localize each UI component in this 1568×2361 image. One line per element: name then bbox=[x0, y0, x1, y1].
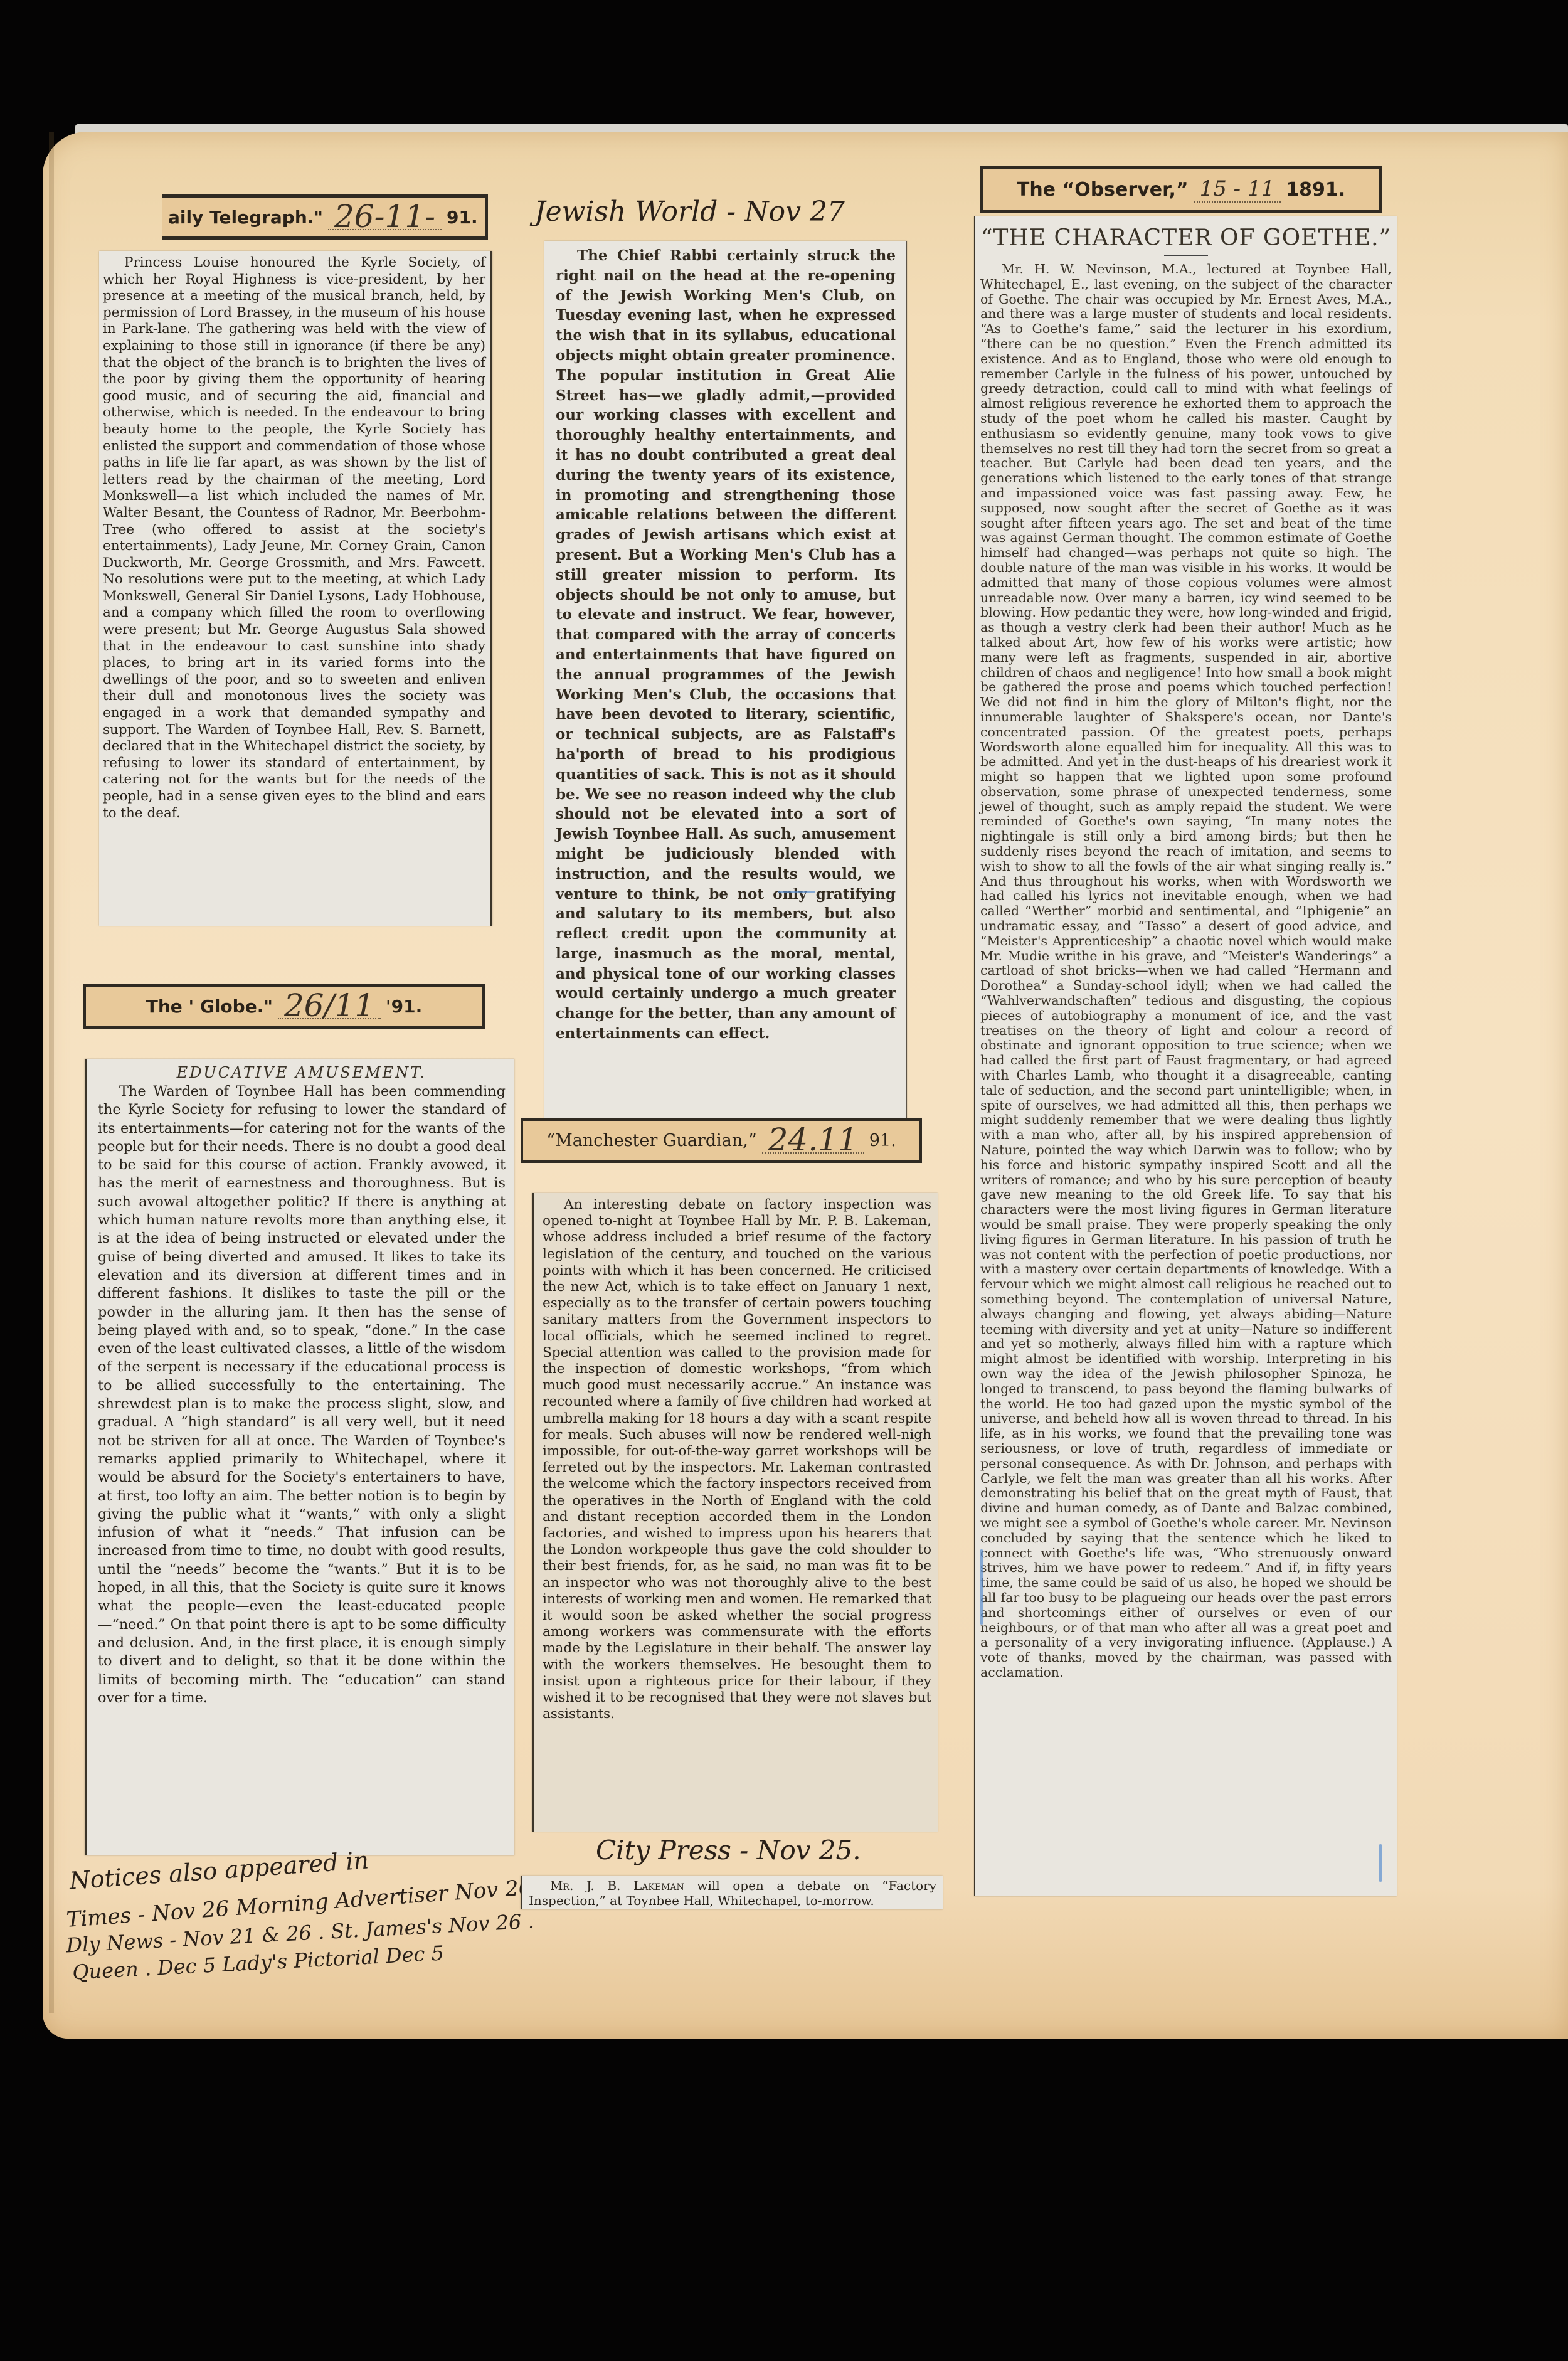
handwritten-date: 26-11- bbox=[328, 204, 442, 230]
manchester-guardian-masthead: “Manchester Guardian,” 24.11 91. bbox=[521, 1118, 922, 1163]
person-name: Mr. J. B. Lakeman bbox=[550, 1878, 684, 1893]
masthead-paper-name: The “Observer,” bbox=[1017, 179, 1189, 201]
masthead-year: 91. bbox=[447, 207, 478, 228]
handwritten-source-label: City Press - Nov 25. bbox=[596, 1835, 861, 1865]
headline-divider bbox=[1164, 255, 1208, 256]
article-body: The Warden of Toynbee Hall has been comm… bbox=[98, 1083, 506, 1707]
city-press-clipping: Mr. J. B. Lakeman will open a debate on … bbox=[521, 1876, 943, 1909]
observer-clipping: “THE CHARACTER OF GOETHE.” Mr. H. W. Nev… bbox=[974, 216, 1397, 1896]
globe-masthead: The ' Globe." 26/11 '91. bbox=[83, 984, 485, 1029]
blue-pencil-mark bbox=[980, 1549, 983, 1625]
manchester-guardian-clipping: An interesting debate on factory inspect… bbox=[532, 1193, 938, 1832]
daily-telegraph-masthead: aily Telegraph." 26-11- 91. bbox=[162, 194, 488, 240]
masthead-year: 1891. bbox=[1286, 179, 1345, 201]
blue-pencil-mark bbox=[1379, 1844, 1382, 1882]
article-body: The Chief Rabbi certainly struck the rig… bbox=[556, 246, 896, 1044]
masthead-paper-name: aily Telegraph." bbox=[168, 207, 323, 228]
jewish-world-clipping: The Chief Rabbi certainly struck the rig… bbox=[544, 241, 907, 1138]
masthead-year: '91. bbox=[386, 996, 422, 1017]
page-binding-edge bbox=[49, 132, 54, 2013]
article-headline: “THE CHARACTER OF GOETHE.” bbox=[980, 225, 1392, 251]
article-body: Mr. H. W. Nevinson, M.A., lectured at To… bbox=[980, 262, 1392, 1680]
handwritten-source-label: Jewish World - Nov 27 bbox=[534, 196, 845, 228]
article-body: Princess Louise honoured the Kyrle Socie… bbox=[103, 255, 485, 822]
article-body: Mr. J. B. Lakeman will open a debate on … bbox=[529, 1878, 936, 1908]
masthead-year: 91. bbox=[869, 1131, 896, 1150]
article-headline: EDUCATIVE AMUSEMENT. bbox=[98, 1064, 506, 1081]
article-body: An interesting debate on factory inspect… bbox=[543, 1197, 931, 1723]
blue-pencil-mark bbox=[778, 891, 815, 893]
handwritten-date: 15 - 11 bbox=[1194, 176, 1281, 203]
observer-masthead: The “Observer,” 15 - 11 1891. bbox=[980, 166, 1382, 213]
masthead-paper-name: “Manchester Guardian,” bbox=[546, 1131, 756, 1150]
globe-clipping: EDUCATIVE AMUSEMENT. The Warden of Toynb… bbox=[85, 1059, 514, 1855]
handwritten-date: 26/11 bbox=[278, 993, 381, 1019]
handwritten-date: 24.11 bbox=[762, 1127, 864, 1154]
daily-telegraph-clipping: Princess Louise honoured the Kyrle Socie… bbox=[99, 251, 492, 926]
masthead-paper-name: The ' Globe." bbox=[146, 996, 273, 1017]
